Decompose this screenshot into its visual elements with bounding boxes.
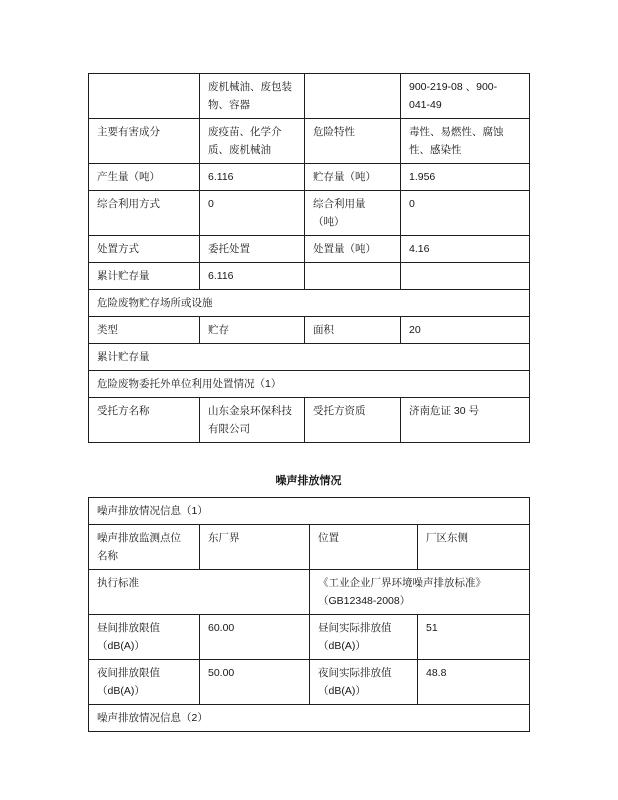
table-row: 执行标准《工业企业厂界环境噪声排放标准》 （GB12348-2008） — [89, 570, 530, 615]
table-row: 产生量（吨）6.116贮存量（吨）1.956 — [89, 164, 530, 191]
table-cell: 夜间实际排放值 （dB(A)） — [310, 660, 418, 705]
table-cell-empty — [401, 263, 530, 290]
table-row: 危险废物委托外单位利用处置情况（1） — [89, 371, 530, 398]
table-cell: 1.956 — [401, 164, 530, 191]
table-cell: 产生量（吨） — [89, 164, 200, 191]
table-cell: 《工业企业厂界环境噪声排放标准》 （GB12348-2008） — [310, 570, 530, 615]
noise-emission-table: 噪声排放情况信息（1）噪声排放监测点位 名称东厂界位置厂区东侧执行标准《工业企业… — [88, 497, 530, 732]
table-cell: 类型 — [89, 317, 200, 344]
table-cell: 6.116 — [200, 263, 305, 290]
table-cell: 废疫苗、化学介 质、废机械油 — [200, 119, 305, 164]
table-row: 噪声排放情况信息（1） — [89, 498, 530, 525]
table-cell: 60.00 — [200, 615, 310, 660]
table-cell: 执行标准 — [89, 570, 310, 615]
table-cell-empty — [305, 263, 401, 290]
table-cell: 0 — [200, 191, 305, 236]
table-cell: 累计贮存量 — [89, 344, 530, 371]
table-row: 危险废物贮存场所或设施 — [89, 290, 530, 317]
table-cell: 噪声排放监测点位 名称 — [89, 525, 200, 570]
table-row: 昼间排放限值 （dB(A)）60.00昼间实际排放值 （dB(A)）51 — [89, 615, 530, 660]
table-row: 噪声排放情况信息（2） — [89, 705, 530, 732]
table-cell: 受托方资质 — [305, 398, 401, 443]
table-row: 类型贮存面积20 — [89, 317, 530, 344]
table-cell: 处置方式 — [89, 236, 200, 263]
table-row: 主要有害成分废疫苗、化学介 质、废机械油危险特性毒性、易燃性、腐蚀 性、感染性 — [89, 119, 530, 164]
table-cell: 面积 — [305, 317, 401, 344]
table-cell: 昼间排放限值 （dB(A)） — [89, 615, 200, 660]
table-cell: 危险废物贮存场所或设施 — [89, 290, 530, 317]
table-cell: 危险特性 — [305, 119, 401, 164]
table-cell-empty — [305, 74, 401, 119]
table-row: 夜间排放限值 （dB(A)）50.00夜间实际排放值 （dB(A)）48.8 — [89, 660, 530, 705]
table-row: 累计贮存量 — [89, 344, 530, 371]
table-cell: 噪声排放情况信息（1） — [89, 498, 530, 525]
table-cell: 废机械油、废包装 物、容器 — [200, 74, 305, 119]
table-cell: 夜间排放限值 （dB(A)） — [89, 660, 200, 705]
table-cell: 厂区东侧 — [418, 525, 530, 570]
table-cell: 综合利用量 （吨） — [305, 191, 401, 236]
table-cell: 受托方名称 — [89, 398, 200, 443]
document-page: 废机械油、废包装 物、容器900-219-08 、900- 041-49主要有害… — [0, 0, 618, 800]
table-cell: 毒性、易燃性、腐蚀 性、感染性 — [401, 119, 530, 164]
table-cell: 主要有害成分 — [89, 119, 200, 164]
table-cell: 51 — [418, 615, 530, 660]
noise-section-title: 噪声排放情况 — [88, 473, 529, 489]
table-cell: 900-219-08 、900- 041-49 — [401, 74, 530, 119]
table-cell: 20 — [401, 317, 530, 344]
table-cell: 48.8 — [418, 660, 530, 705]
table-row: 废机械油、废包装 物、容器900-219-08 、900- 041-49 — [89, 74, 530, 119]
table-cell: 4.16 — [401, 236, 530, 263]
table-cell: 累计贮存量 — [89, 263, 200, 290]
table-cell: 危险废物委托外单位利用处置情况（1） — [89, 371, 530, 398]
table-cell: 噪声排放情况信息（2） — [89, 705, 530, 732]
table-cell: 委托处置 — [200, 236, 305, 263]
table-row: 综合利用方式0综合利用量 （吨）0 — [89, 191, 530, 236]
table-cell: 50.00 — [200, 660, 310, 705]
table-cell: 6.116 — [200, 164, 305, 191]
table-row: 噪声排放监测点位 名称东厂界位置厂区东侧 — [89, 525, 530, 570]
table-cell: 昼间实际排放值 （dB(A)） — [310, 615, 418, 660]
table-cell: 处置量（吨） — [305, 236, 401, 263]
table-row: 累计贮存量6.116 — [89, 263, 530, 290]
hazardous-waste-table: 废机械油、废包装 物、容器900-219-08 、900- 041-49主要有害… — [88, 73, 530, 443]
document-content: 废机械油、废包装 物、容器900-219-08 、900- 041-49主要有害… — [88, 73, 529, 732]
table-row: 处置方式委托处置处置量（吨）4.16 — [89, 236, 530, 263]
table-cell: 贮存量（吨） — [305, 164, 401, 191]
table-cell: 综合利用方式 — [89, 191, 200, 236]
table-cell-empty — [89, 74, 200, 119]
table-row: 受托方名称山东金泉环保科技 有限公司受托方资质济南危证 30 号 — [89, 398, 530, 443]
table-cell: 山东金泉环保科技 有限公司 — [200, 398, 305, 443]
table-cell: 东厂界 — [200, 525, 310, 570]
table-cell: 贮存 — [200, 317, 305, 344]
table-cell: 0 — [401, 191, 530, 236]
table-cell: 济南危证 30 号 — [401, 398, 530, 443]
table-cell: 位置 — [310, 525, 418, 570]
